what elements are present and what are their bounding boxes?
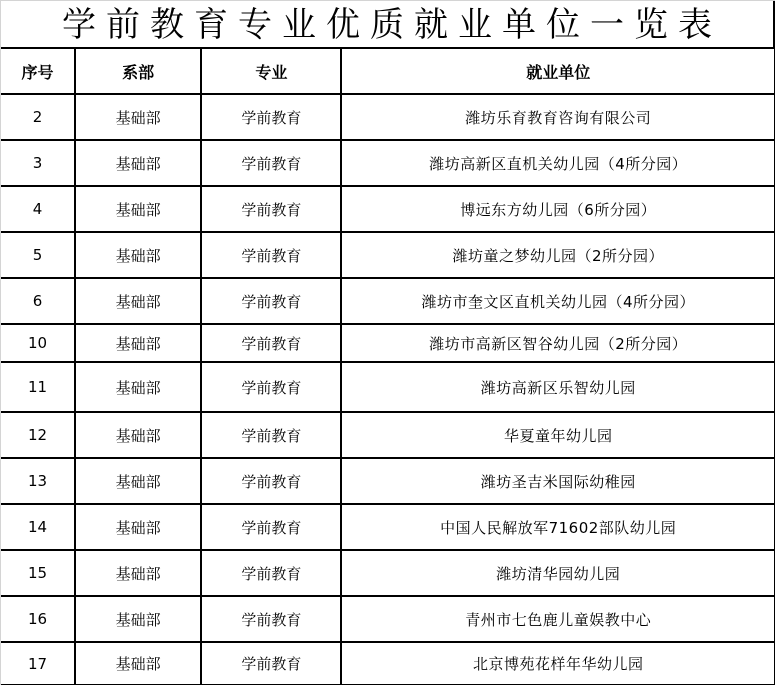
cell-unit: 潍坊市奎文区直机关幼儿园（4所分园） xyxy=(341,278,775,324)
header-row: 序号 系部 专业 就业单位 xyxy=(1,48,775,94)
cell-unit: 潍坊乐育教育咨询有限公司 xyxy=(341,94,775,140)
cell-dept: 基础部 xyxy=(75,140,201,186)
cell-unit: 博远东方幼儿园（6所分园） xyxy=(341,186,775,232)
cell-no: 2 xyxy=(1,94,75,140)
table-row: 4 基础部 学前教育 博远东方幼儿园（6所分园） xyxy=(1,186,775,232)
cell-no: 14 xyxy=(1,504,75,550)
table-row: 17 基础部 学前教育 北京博苑花样年华幼儿园 xyxy=(1,642,775,685)
spreadsheet: 学前教育专业优质就业单位一览表 序号 系部 专业 就业单位 2 基础部 学前教育… xyxy=(0,0,775,685)
cell-dept: 基础部 xyxy=(75,94,201,140)
header-major: 专业 xyxy=(201,48,341,94)
cell-no: 13 xyxy=(1,458,75,504)
cell-major: 学前教育 xyxy=(201,324,341,362)
cell-no: 4 xyxy=(1,186,75,232)
table-row: 2 基础部 学前教育 潍坊乐育教育咨询有限公司 xyxy=(1,94,775,140)
table-row: 14 基础部 学前教育 中国人民解放军71602部队幼儿园 xyxy=(1,504,775,550)
cell-unit: 潍坊清华园幼儿园 xyxy=(341,550,775,596)
cell-dept: 基础部 xyxy=(75,278,201,324)
cell-major: 学前教育 xyxy=(201,642,341,685)
table-row: 3 基础部 学前教育 潍坊高新区直机关幼儿园（4所分园） xyxy=(1,140,775,186)
cell-dept: 基础部 xyxy=(75,596,201,642)
table-row: 13 基础部 学前教育 潍坊圣吉米国际幼稚园 xyxy=(1,458,775,504)
table-row: 6 基础部 学前教育 潍坊市奎文区直机关幼儿园（4所分园） xyxy=(1,278,775,324)
cell-dept: 基础部 xyxy=(75,324,201,362)
table-body: 2 基础部 学前教育 潍坊乐育教育咨询有限公司 3 基础部 学前教育 潍坊高新区… xyxy=(1,94,775,685)
cell-major: 学前教育 xyxy=(201,458,341,504)
cell-major: 学前教育 xyxy=(201,362,341,412)
cell-no: 16 xyxy=(1,596,75,642)
cell-no: 10 xyxy=(1,324,75,362)
cell-unit: 青州市七色鹿儿童娱教中心 xyxy=(341,596,775,642)
cell-no: 5 xyxy=(1,232,75,278)
cell-dept: 基础部 xyxy=(75,412,201,458)
cell-dept: 基础部 xyxy=(75,504,201,550)
cell-major: 学前教育 xyxy=(201,232,341,278)
employment-table: 序号 系部 专业 就业单位 2 基础部 学前教育 潍坊乐育教育咨询有限公司 3 … xyxy=(1,47,775,685)
cell-major: 学前教育 xyxy=(201,140,341,186)
table-row: 15 基础部 学前教育 潍坊清华园幼儿园 xyxy=(1,550,775,596)
cell-unit: 潍坊高新区乐智幼儿园 xyxy=(341,362,775,412)
cell-dept: 基础部 xyxy=(75,550,201,596)
cell-major: 学前教育 xyxy=(201,412,341,458)
table-row: 12 基础部 学前教育 华夏童年幼儿园 xyxy=(1,412,775,458)
header-unit: 就业单位 xyxy=(341,48,775,94)
cell-no: 3 xyxy=(1,140,75,186)
cell-dept: 基础部 xyxy=(75,232,201,278)
cell-unit: 华夏童年幼儿园 xyxy=(341,412,775,458)
cell-unit: 潍坊市高新区智谷幼儿园（2所分园） xyxy=(341,324,775,362)
cell-no: 15 xyxy=(1,550,75,596)
cell-major: 学前教育 xyxy=(201,94,341,140)
cell-major: 学前教育 xyxy=(201,504,341,550)
cell-no: 6 xyxy=(1,278,75,324)
cell-no: 11 xyxy=(1,362,75,412)
cell-unit: 潍坊童之梦幼儿园（2所分园） xyxy=(341,232,775,278)
header-dept: 系部 xyxy=(75,48,201,94)
table-title: 学前教育专业优质就业单位一览表 xyxy=(1,1,775,48)
cell-unit: 潍坊高新区直机关幼儿园（4所分园） xyxy=(341,140,775,186)
cell-major: 学前教育 xyxy=(201,278,341,324)
cell-major: 学前教育 xyxy=(201,186,341,232)
table-row: 11 基础部 学前教育 潍坊高新区乐智幼儿园 xyxy=(1,362,775,412)
table-row: 5 基础部 学前教育 潍坊童之梦幼儿园（2所分园） xyxy=(1,232,775,278)
cell-dept: 基础部 xyxy=(75,186,201,232)
cell-no: 17 xyxy=(1,642,75,685)
header-no: 序号 xyxy=(1,48,75,94)
cell-unit: 北京博苑花样年华幼儿园 xyxy=(341,642,775,685)
cell-unit: 中国人民解放军71602部队幼儿园 xyxy=(341,504,775,550)
cell-major: 学前教育 xyxy=(201,550,341,596)
cell-dept: 基础部 xyxy=(75,362,201,412)
cell-unit: 潍坊圣吉米国际幼稚园 xyxy=(341,458,775,504)
table-row: 16 基础部 学前教育 青州市七色鹿儿童娱教中心 xyxy=(1,596,775,642)
cell-no: 12 xyxy=(1,412,75,458)
cell-dept: 基础部 xyxy=(75,642,201,685)
cell-dept: 基础部 xyxy=(75,458,201,504)
table-row: 10 基础部 学前教育 潍坊市高新区智谷幼儿园（2所分园） xyxy=(1,324,775,362)
cell-major: 学前教育 xyxy=(201,596,341,642)
